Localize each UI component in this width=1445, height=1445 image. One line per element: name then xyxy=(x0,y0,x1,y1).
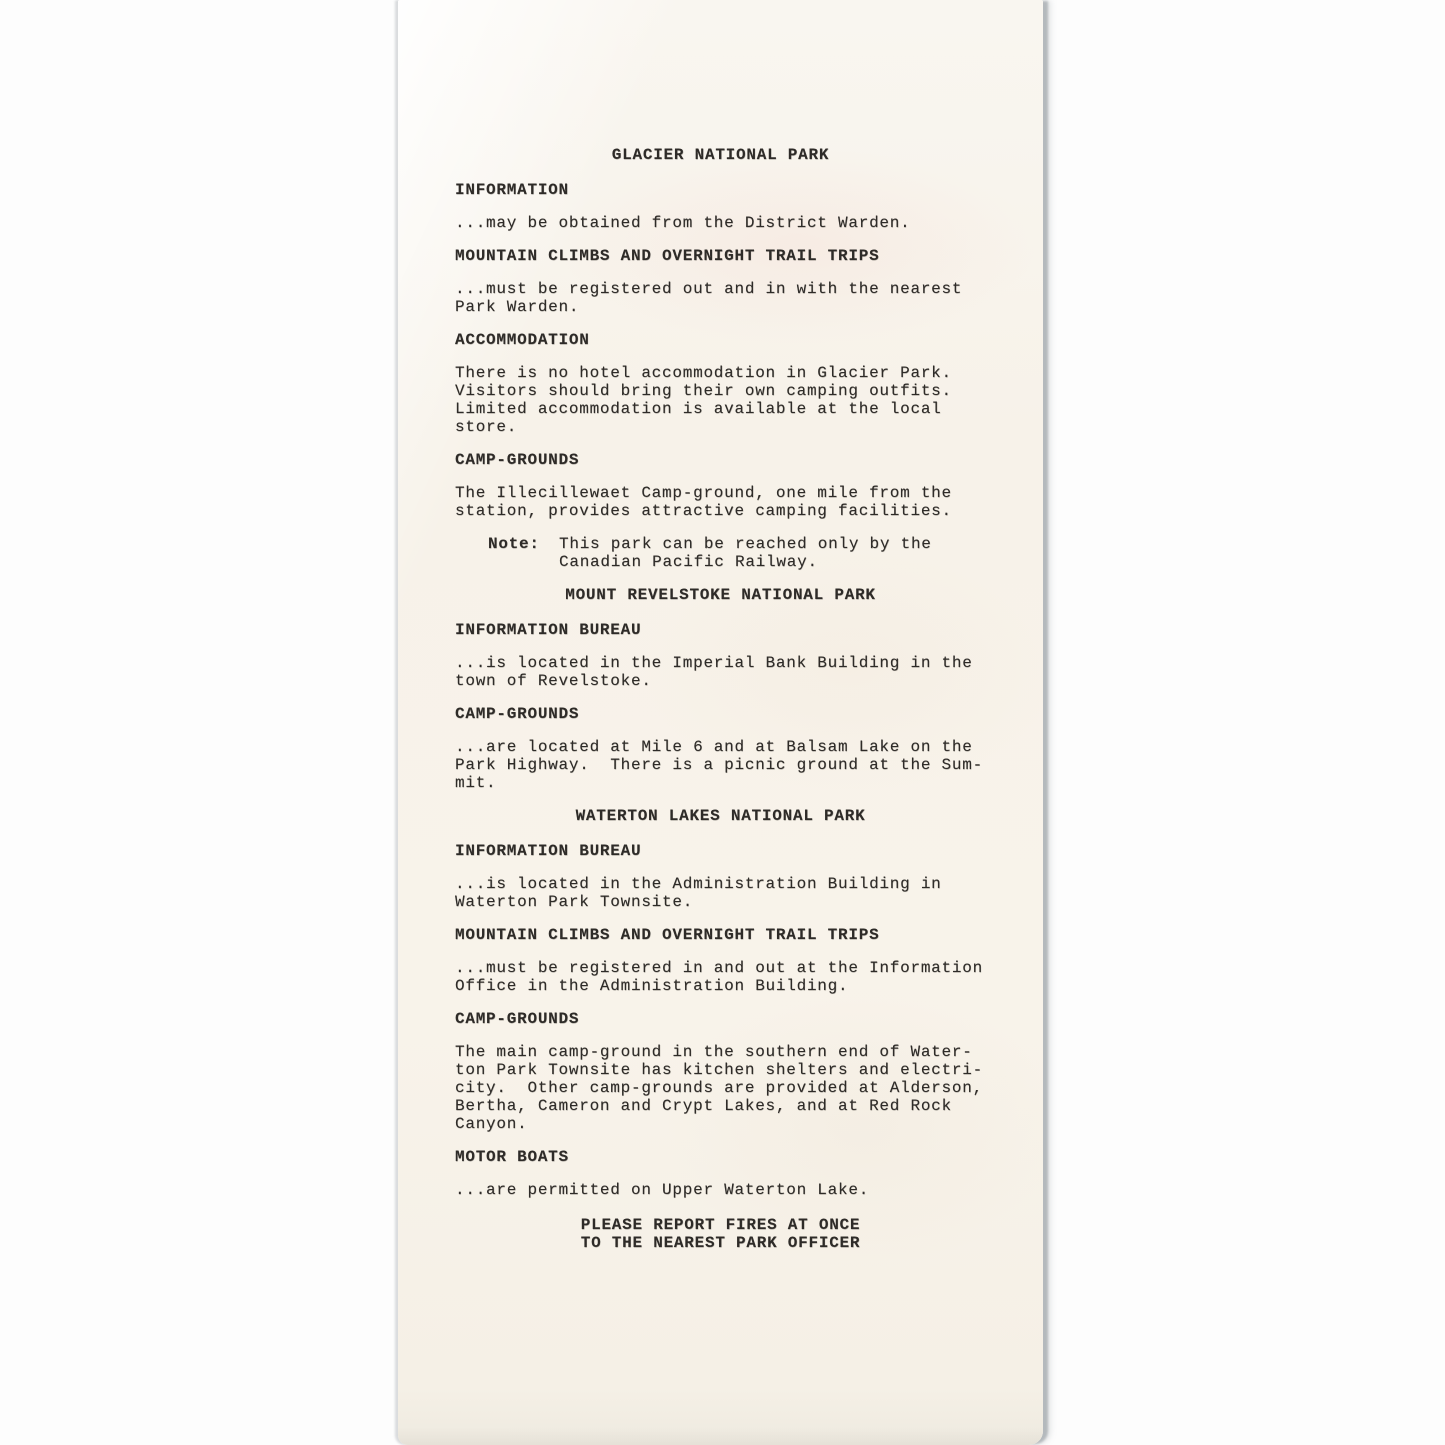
revelstoke-campgrounds-text: ...are located at Mile 6 and at Balsam L… xyxy=(455,738,986,792)
glacier-accommodation-text: There is no hotel accommodation in Glaci… xyxy=(455,364,986,436)
glacier-information-heading: INFORMATION xyxy=(455,181,986,199)
revelstoke-park-title: MOUNT REVELSTOKE NATIONAL PARK xyxy=(455,586,986,604)
revelstoke-bureau-text: ...is located in the Imperial Bank Build… xyxy=(455,654,986,690)
waterton-climbs-heading: MOUNTAIN CLIMBS AND OVERNIGHT TRAIL TRIP… xyxy=(455,926,986,944)
waterton-campgrounds-heading: CAMP-GROUNDS xyxy=(455,1010,986,1028)
glacier-climbs-heading: MOUNTAIN CLIMBS AND OVERNIGHT TRAIL TRIP… xyxy=(455,247,986,265)
waterton-bureau-heading: INFORMATION BUREAU xyxy=(455,842,986,860)
glacier-accommodation-heading: ACCOMMODATION xyxy=(455,331,986,349)
waterton-boats-text: ...are permitted on Upper Waterton Lake. xyxy=(455,1181,986,1199)
glacier-park-title: GLACIER NATIONAL PARK xyxy=(455,146,986,164)
glacier-climbs-text: ...must be registered out and in with th… xyxy=(455,280,986,316)
waterton-park-title: WATERTON LAKES NATIONAL PARK xyxy=(455,807,986,825)
leaflet-page: GLACIER NATIONAL PARK INFORMATION ...may… xyxy=(398,0,1043,1445)
page-content: GLACIER NATIONAL PARK INFORMATION ...may… xyxy=(398,0,1043,1445)
note-text: This park can be reached only by the Can… xyxy=(559,535,986,571)
revelstoke-bureau-heading: INFORMATION BUREAU xyxy=(455,621,986,639)
glacier-note: Note: This park can be reached only by t… xyxy=(455,535,986,571)
waterton-climbs-text: ...must be registered in and out at the … xyxy=(455,959,986,995)
fire-report-notice: PLEASE REPORT FIRES AT ONCE TO THE NEARE… xyxy=(455,1216,986,1252)
waterton-bureau-text: ...is located in the Administration Buil… xyxy=(455,875,986,911)
scanner-background: GLACIER NATIONAL PARK INFORMATION ...may… xyxy=(0,0,1445,1445)
revelstoke-campgrounds-heading: CAMP-GROUNDS xyxy=(455,705,986,723)
waterton-campgrounds-text: The main camp-ground in the southern end… xyxy=(455,1043,986,1133)
glacier-information-text: ...may be obtained from the District War… xyxy=(455,214,986,232)
glacier-campgrounds-text: The Illecillewaet Camp-ground, one mile … xyxy=(455,484,986,520)
glacier-campgrounds-heading: CAMP-GROUNDS xyxy=(455,451,986,469)
waterton-boats-heading: MOTOR BOATS xyxy=(455,1148,986,1166)
note-label: Note: xyxy=(488,535,559,571)
